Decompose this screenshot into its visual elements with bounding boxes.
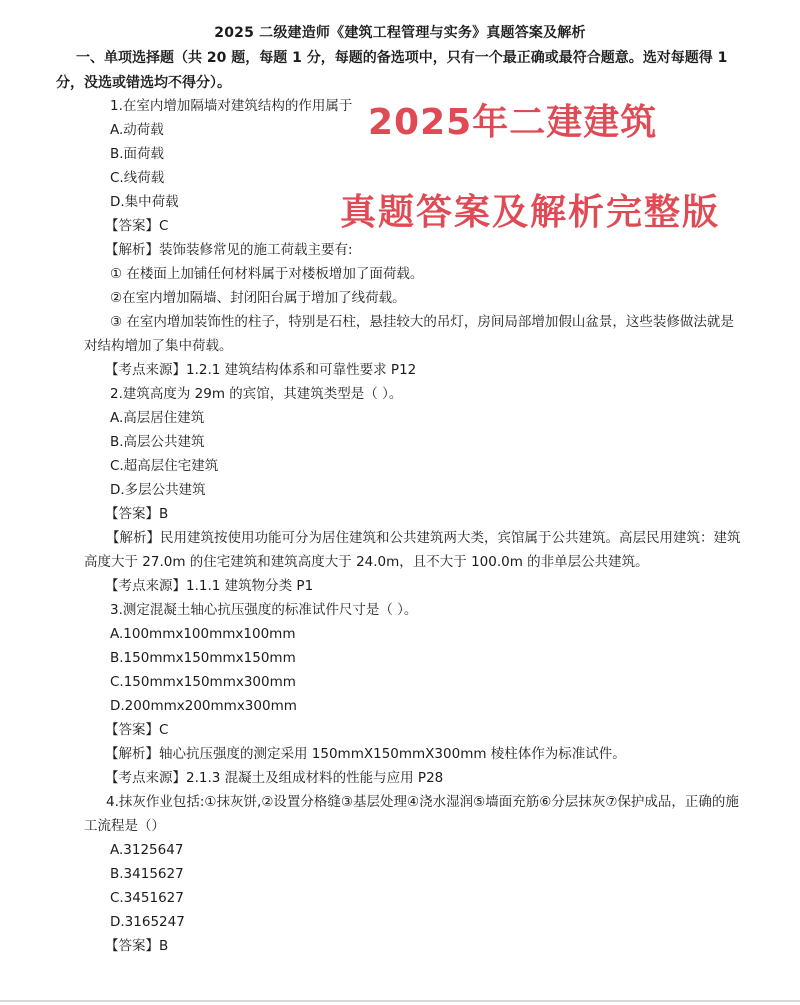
question-2-option-d: D.多层公共建筑	[110, 480, 206, 500]
question-1-option-c: C.线荷载	[110, 168, 164, 188]
bottom-divider	[0, 1000, 800, 1002]
question-1-source: 【考点来源】1.2.1 建筑结构体系和可靠性要求 P12	[105, 360, 416, 380]
question-2-stem: 2.建筑高度为 29m 的宾馆，其建筑类型是（ ）。	[110, 384, 402, 404]
question-2-analysis: 【解析】民用建筑按使用功能可分为居住建筑和公共建筑两大类，宾馆属于公共建筑。高层…	[84, 526, 744, 574]
question-4-option-d: D.3165247	[110, 912, 185, 932]
question-1-stem: 1.在室内增加隔墙对建筑结构的作用属于	[110, 96, 352, 116]
question-3-analysis: 【解析】轴心抗压强度的测定采用 150mmX150mmX300mm 棱柱体作为标…	[105, 744, 626, 764]
question-4-stem: 4.抹灰作业包括:①抹灰饼,②设置分格缝③基层处理④浇水湿润⑤墙面充筋⑥分层抹灰…	[84, 790, 744, 838]
question-3-source: 【考点来源】2.1.3 混凝土及组成材料的性能与应用 P28	[105, 768, 443, 788]
question-3-option-a: A.100mmx100mmx100mm	[110, 624, 295, 644]
question-4-option-c: C.3451627	[110, 888, 184, 908]
question-4-answer: 【答案】B	[105, 936, 168, 956]
overlay-title-line-2: 真题答案及解析完整版	[340, 184, 720, 235]
question-3-option-d: D.200mmx200mmx300mm	[110, 696, 297, 716]
question-1-analysis-point-2: ②在室内增加隔墙、封闭阳台属于增加了线荷载。	[110, 288, 406, 308]
question-1-option-a: A.动荷载	[110, 120, 164, 140]
question-1-option-d: D.集中荷载	[110, 192, 179, 212]
question-3-answer: 【答案】C	[105, 720, 168, 740]
document-title: 2025 二级建造师《建筑工程管理与实务》真题答案及解析	[0, 22, 800, 42]
question-1-answer: 【答案】C	[105, 216, 168, 236]
question-2-option-c: C.超高层住宅建筑	[110, 456, 218, 476]
question-1-option-b: B.面荷载	[110, 144, 164, 164]
question-3-stem: 3.测定混凝土轴心抗压强度的标准试件尺寸是（ ）。	[110, 600, 417, 620]
question-4-option-a: A.3125647	[110, 840, 183, 860]
question-3-option-b: B.150mmx150mmx150mm	[110, 648, 296, 668]
question-3-option-c: C.150mmx150mmx300mm	[110, 672, 296, 692]
question-2-option-a: A.高层居住建筑	[110, 408, 204, 428]
overlay-title-line-1: 2025年二建建筑	[368, 94, 657, 145]
question-4-option-b: B.3415627	[110, 864, 184, 884]
question-2-option-b: B.高层公共建筑	[110, 432, 205, 452]
question-1-analysis-point-1: ① 在楼面上加铺任何材料属于对楼板增加了面荷载。	[110, 264, 423, 284]
section-heading: 一、单项选择题（共 20 题，每题 1 分，每题的备选项中，只有一个最正确或最符…	[56, 46, 746, 96]
question-1-analysis-point-3: ③ 在室内增加装饰性的柱子，特别是石柱，悬挂较大的吊灯，房间局部增加假山盆景，这…	[84, 310, 744, 358]
question-2-answer: 【答案】B	[105, 504, 168, 524]
document-page: 2025 二级建造师《建筑工程管理与实务》真题答案及解析 一、单项选择题（共 2…	[0, 0, 800, 1005]
question-2-source: 【考点来源】1.1.1 建筑物分类 P1	[105, 576, 313, 596]
question-1-analysis: 【解析】装饰装修常见的施工荷载主要有:	[105, 240, 353, 260]
